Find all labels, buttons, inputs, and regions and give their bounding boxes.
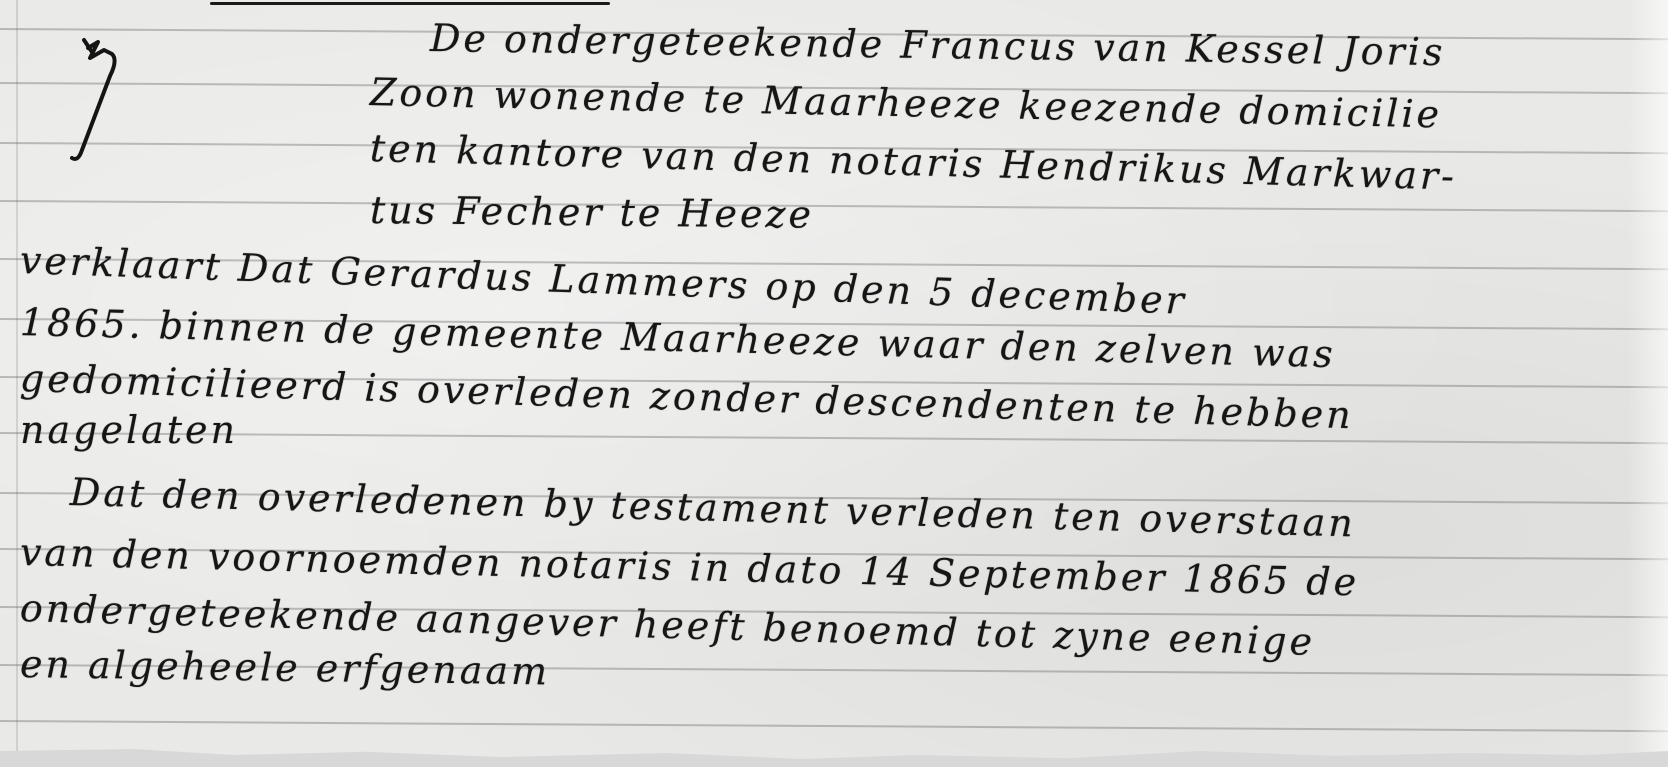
torn-bottom-edge <box>0 727 1668 767</box>
margin-line <box>16 0 18 767</box>
handwritten-line-2: Zoon wonende te Maarheeze keezende domic… <box>370 70 1443 136</box>
ruled-line <box>0 432 1668 444</box>
handwritten-line-4: tus Fecher te Heeze <box>370 188 814 237</box>
top-ink-stroke <box>210 2 610 5</box>
handwritten-line-12: en algeheele erfgenaam <box>20 642 551 693</box>
page-edge-highlight <box>1628 0 1668 767</box>
ruled-line <box>0 720 1668 732</box>
ruled-line <box>0 200 1668 212</box>
document-page: De ondergeteekende Francus van Kessel Jo… <box>0 0 1668 767</box>
handwritten-line-1: De ondergeteekende Francus van Kessel Jo… <box>430 16 1446 74</box>
handwritten-line-3: ten kantore van den notaris Hendrikus Ma… <box>369 126 1457 198</box>
handwritten-line-8: nagelaten <box>20 408 238 452</box>
handwritten-line-9: Dat den overledenen by testament verlede… <box>69 470 1356 545</box>
margin-mark-icon <box>62 30 142 170</box>
